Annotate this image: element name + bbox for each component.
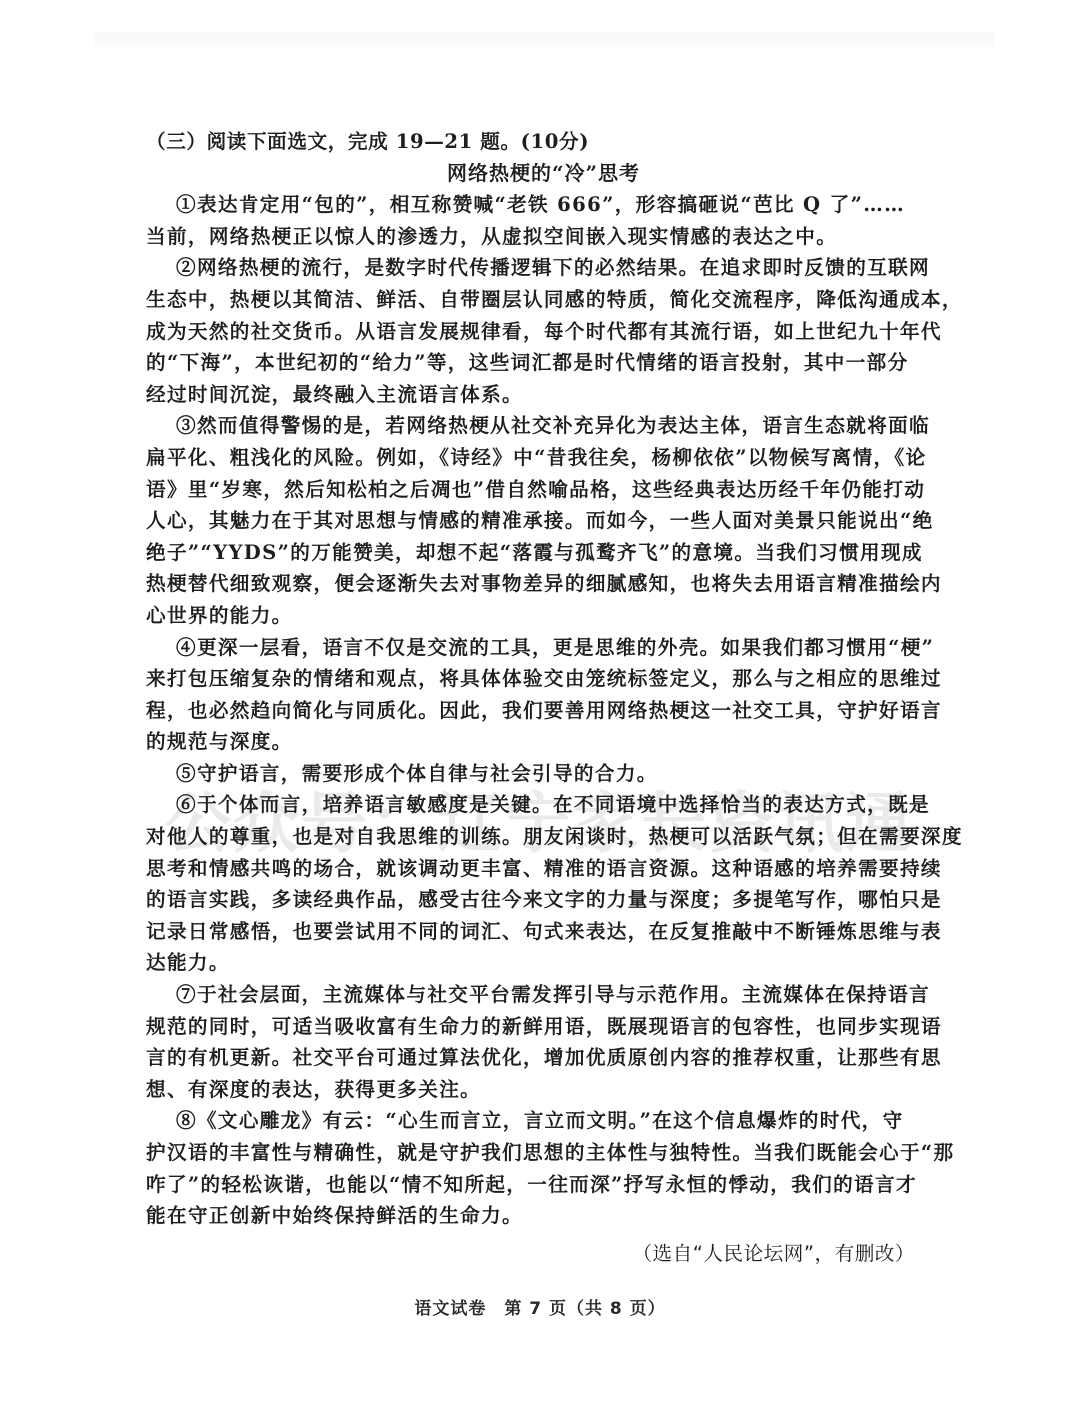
- paragraph-line: ③然而值得警惕的是，若网络热梗从社交补充异化为表达主体，语言生态就将面临: [146, 410, 921, 442]
- paragraph-line: 记录日常感悟，也要尝试用不同的词汇、句式来表达，在反复推敲中不断锤炼思维与表: [146, 916, 921, 948]
- paragraph-line: 能在守正创新中始终保持鲜活的生命力。: [146, 1200, 921, 1232]
- paragraph-line: 的“下海”，本世纪初的“给力”等，这些词汇都是时代情绪的语言投射，其中一部分: [146, 347, 921, 379]
- paragraph-5: ⑤守护语言，需要形成个体自律与社会引导的合力。: [146, 758, 921, 790]
- paragraph-line: ①表达肯定用“包的”，相互称赞喊“老铁 666”，形容搞砸说“芭比 Q 了”……: [146, 189, 921, 221]
- article-source: （选自“人民论坛网”，有删改）: [146, 1238, 921, 1270]
- paragraph-line: 来打包压缩复杂的情绪和观点，将具体体验交由笼统标签定义，那么与之相应的思维过: [146, 663, 921, 695]
- paragraph-line: 热梗替代细致观察，便会逐渐失去对事物差异的细腻感知，也将失去用语言精准描绘内: [146, 568, 921, 600]
- paragraph-2: ②网络热梗的流行，是数字时代传播逻辑下的必然结果。在追求即时反馈的互联网 生态中…: [146, 252, 921, 410]
- paragraph-7: ⑦于社会层面，主流媒体与社交平台需发挥引导与示范作用。主流媒体在保持语言 规范的…: [146, 979, 921, 1105]
- paragraph-line: 护汉语的丰富性与精确性，就是守护我们思想的主体性与独特性。当我们既能会心于“那: [146, 1137, 921, 1169]
- paragraph-line: 绝子”“YYDS”的万能赞美，却想不起“落霞与孤鹜齐飞”的意境。当我们习惯用现成: [146, 537, 921, 569]
- paragraph-line: 成为天然的社交货币。从语言发展规律看，每个时代都有其流行语，如上世纪九十年代: [146, 316, 921, 348]
- exam-page: （三）阅读下面选文，完成 19—21 题。(10分) 网络热梗的“冷”思考 ①表…: [146, 126, 921, 1269]
- section-header: （三）阅读下面选文，完成 19—21 题。(10分): [146, 126, 921, 158]
- paragraph-line: 程，也必然趋向简化与同质化。因此，我们要善用网络热梗这一社交工具，守护好语言: [146, 695, 921, 727]
- paragraph-line: 生态中，热梗以其简洁、鲜活、自带圈层认同感的特质，简化交流程序，降低沟通成本，: [146, 284, 921, 316]
- paragraph-line: ⑤守护语言，需要形成个体自律与社会引导的合力。: [146, 758, 921, 790]
- page-footer: 语文试卷 第 7 页（共 8 页）: [0, 1294, 1080, 1319]
- paragraph-line: 语》里“岁寒，然后知松柏之后凋也”借自然喻品格，这些经典表达历经千年仍能打动: [146, 474, 921, 506]
- paragraph-line: ⑥于个体而言，培养语言敏感度是关键。在不同语境中选择恰当的表达方式，既是: [146, 789, 921, 821]
- paragraph-line: 的规范与深度。: [146, 726, 921, 758]
- paragraph-line: 思考和情感共鸣的场合，就该调动更丰富、精准的语言资源。这种语感的培养需要持续: [146, 853, 921, 885]
- paragraph-line: 咋了”的轻松诙谐，也能以“情不知所起，一往而深”抒写永恒的悸动，我们的语言才: [146, 1169, 921, 1201]
- paragraph-line: 扁平化、粗浅化的风险。例如，《诗经》中“昔我往矣，杨柳依依”以物候写离情，《论: [146, 442, 921, 474]
- paragraph-8: ⑧《文心雕龙》有云：“心生而言立，言立而文明。”在这个信息爆炸的时代，守 护汉语…: [146, 1105, 921, 1231]
- paragraph-line: 经过时间沉淀，最终融入主流语言体系。: [146, 379, 921, 411]
- paragraph-3: ③然而值得警惕的是，若网络热梗从社交补充异化为表达主体，语言生态就将面临 扁平化…: [146, 410, 921, 631]
- paragraph-line: ④更深一层看，语言不仅是交流的工具，更是思维的外壳。如果我们都习惯用“梗”: [146, 632, 921, 664]
- paragraph-line: 言的有机更新。社交平台可通过算法优化，增加优质原创内容的推荐权重，让那些有思: [146, 1042, 921, 1074]
- paragraph-line: ⑧《文心雕龙》有云：“心生而言立，言立而文明。”在这个信息爆炸的时代，守: [146, 1105, 921, 1137]
- paragraph-1: ①表达肯定用“包的”，相互称赞喊“老铁 666”，形容搞砸说“芭比 Q 了”………: [146, 189, 921, 252]
- paragraph-line: 达能力。: [146, 947, 921, 979]
- paragraph-line: 对他人的尊重，也是对自我思维的训练。朋友闲谈时，热梗可以活跃气氛；但在需要深度: [146, 821, 921, 853]
- paragraph-6: ⑥于个体而言，培养语言敏感度是关键。在不同语境中选择恰当的表达方式，既是 对他人…: [146, 789, 921, 979]
- paragraph-4: ④更深一层看，语言不仅是交流的工具，更是思维的外壳。如果我们都习惯用“梗” 来打…: [146, 632, 921, 758]
- paragraph-line: 的语言实践，多读经典作品，感受古往今来文字的力量与深度；多提笔写作，哪怕只是: [146, 884, 921, 916]
- paragraph-line: 心世界的能力。: [146, 600, 921, 632]
- paragraph-line: ②网络热梗的流行，是数字时代传播逻辑下的必然结果。在追求即时反馈的互联网: [146, 252, 921, 284]
- paragraph-line: 想、有深度的表达，获得更多关注。: [146, 1074, 921, 1106]
- article-title: 网络热梗的“冷”思考: [146, 158, 921, 190]
- scan-edge-band: [95, 32, 995, 47]
- paragraph-line: 当前，网络热梗正以惊人的渗透力，从虚拟空间嵌入现实情感的表达之中。: [146, 221, 921, 253]
- paragraph-line: 规范的同时，可适当吸收富有生命力的新鲜用语，既展现语言的包容性，也同步实现语: [146, 1011, 921, 1043]
- paragraph-line: ⑦于社会层面，主流媒体与社交平台需发挥引导与示范作用。主流媒体在保持语言: [146, 979, 921, 1011]
- paragraph-line: 人心，其魅力在于其对思想与情感的精准承接。而如今，一些人面对美景只能说出“绝: [146, 505, 921, 537]
